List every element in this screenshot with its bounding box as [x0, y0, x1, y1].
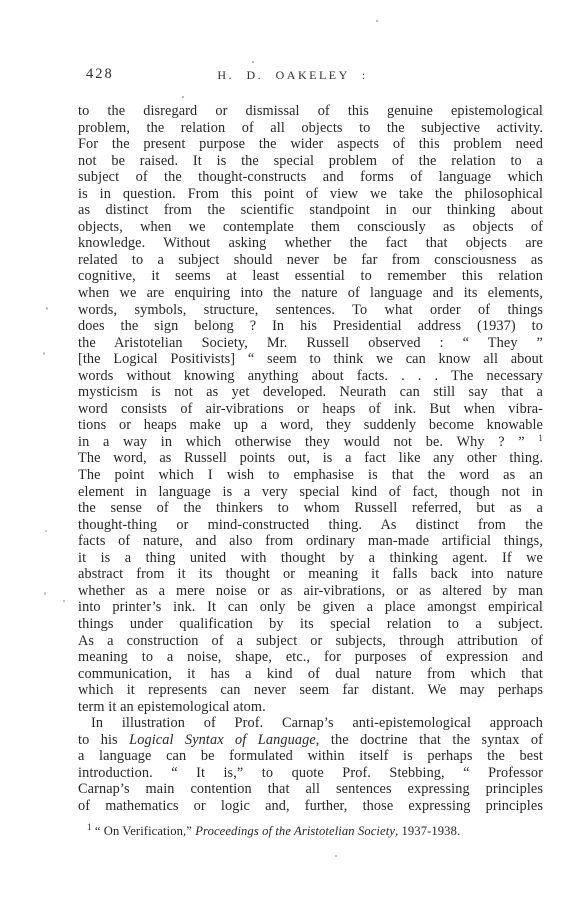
text-line: tions or heaps make up a word, they sudd… — [78, 417, 543, 434]
text-line: which it represents can never seem far d… — [78, 682, 543, 699]
text-line: not be raised. It is the special problem… — [78, 153, 543, 170]
text-line: 1 “ On Verification,” Proceedings of the… — [78, 824, 543, 839]
text-line: thought-thing or mind-constructed thing.… — [78, 517, 543, 534]
text-line: term it an epistemological atom. — [78, 699, 543, 716]
text-segment: knowledge. Without asking whether the fa… — [78, 235, 543, 251]
text-line: a language can be formulated within itse… — [78, 748, 543, 765]
text-line: The point which I wish to emphasise is t… — [78, 467, 543, 484]
text-segment: The word, as Russell points out, is a fa… — [78, 450, 543, 466]
scanned-paper-page: 428 H. D. OAKELEY : to the disregard or … — [0, 0, 576, 923]
running-head: H. D. OAKELEY : — [60, 68, 525, 83]
text-line: does the sign belong ? In his Presidenti… — [78, 318, 543, 335]
text-segment: of mathematics or logic and, further, th… — [78, 798, 543, 814]
text-segment: As a construction of a subject or subjec… — [78, 633, 543, 649]
text-segment: [the Logical Positivists] “ seem to thin… — [78, 351, 543, 367]
text-line: words, symbols, structure, sentences. To… — [78, 302, 543, 319]
text-line: related to a subject should never be far… — [78, 252, 543, 269]
text-line: In illustration of Prof. Carnap’s anti-e… — [78, 715, 543, 732]
text-line: the Aristotelian Society, Mr. Russell ob… — [78, 335, 543, 352]
text-line: it is a thing united with thought by a t… — [78, 550, 543, 567]
text-line: into printer’s ink. It can only be given… — [78, 599, 543, 616]
text-line: words without knowing anything about fac… — [78, 368, 543, 385]
text-line: Carnap’s main contention that all senten… — [78, 781, 543, 798]
text-segment: “ On Verification,” — [92, 824, 196, 838]
text-segment: introduction. “ It is,” to quote Prof. S… — [78, 765, 543, 781]
text-segment: , the doctrine that the syntax of — [316, 732, 543, 748]
page-header: 428 H. D. OAKELEY : — [78, 66, 543, 84]
text-line: communication, it has a kind of dual nat… — [78, 666, 543, 683]
scan-speck — [376, 20, 378, 22]
text-segment: meaning to a noise, shape, etc., for pur… — [78, 649, 543, 665]
scan-speck — [252, 61, 254, 63]
text-segment: as distinct from the scientific standpoi… — [78, 202, 543, 218]
text-segment: which it represents can never seem far d… — [78, 682, 543, 698]
text-line: [the Logical Positivists] “ seem to thin… — [78, 351, 543, 368]
scan-speck — [182, 96, 184, 98]
text-segment: word consists of air-vibrations or heaps… — [78, 401, 543, 417]
scan-speck — [63, 600, 65, 602]
text-segment: words, symbols, structure, sentences. To… — [78, 302, 543, 318]
text-line: As a construction of a subject or subjec… — [78, 633, 543, 650]
text-segment: related to a subject should never be far… — [78, 252, 543, 268]
text-line: subject of the thought-constructs and fo… — [78, 169, 543, 186]
text-segment: is in question. From this point of view … — [78, 186, 543, 202]
text-segment: communication, it has a kind of dual nat… — [78, 666, 543, 682]
text-segment: tions or heaps make up a word, they sudd… — [78, 417, 543, 433]
text-segment: things under qualification by its specia… — [78, 616, 543, 632]
text-line: things under qualification by its specia… — [78, 616, 543, 633]
text-segment: in a way in which otherwise they would n… — [78, 434, 538, 450]
text-segment: the sense of the thinkers to whom Russel… — [78, 500, 543, 516]
text-segment: Logical Syntax of Language — [129, 732, 316, 748]
text-segment: a language can be formulated within itse… — [78, 748, 543, 764]
text-segment: For the present purpose the wider aspect… — [78, 136, 543, 152]
text-line: mysticism is not as yet developed. Neura… — [78, 384, 543, 401]
text-line: word consists of air-vibrations or heaps… — [78, 401, 543, 418]
text-segment: into printer’s ink. It can only be given… — [78, 599, 543, 615]
text-line: introduction. “ It is,” to quote Prof. S… — [78, 765, 543, 782]
text-segment: when we are enquiring into the nature of… — [78, 285, 543, 301]
text-line: of mathematics or logic and, further, th… — [78, 798, 543, 815]
text-line: whether as a mere noise or as air-vibrat… — [78, 583, 543, 600]
text-segment: whether as a mere noise or as air-vibrat… — [78, 583, 543, 599]
text-segment: objects, when we contemplate them consci… — [78, 219, 543, 235]
text-line: in a way in which otherwise they would n… — [78, 434, 543, 451]
text-line: the sense of the thinkers to whom Russel… — [78, 500, 543, 517]
text-segment: , 1937-1938. — [395, 824, 460, 838]
text-segment: mysticism is not as yet developed. Neura… — [78, 384, 543, 400]
scan-speck — [43, 352, 45, 355]
text-segment: facts of nature, and also from ordinary … — [78, 533, 543, 549]
paragraph: In illustration of Prof. Carnap’s anti-e… — [78, 715, 543, 814]
text-segment: subject of the thought-constructs and fo… — [78, 169, 543, 185]
text-line: abstract from it its thought or meaning … — [78, 566, 543, 583]
text-segment: element in language is a very special ki… — [78, 484, 543, 500]
body-text: to the disregard or dismissal of this ge… — [78, 103, 543, 815]
text-line: meaning to a noise, shape, etc., for pur… — [78, 649, 543, 666]
scan-speck — [44, 592, 46, 595]
text-segment: In illustration of Prof. Carnap’s anti-e… — [91, 715, 543, 731]
scan-speck — [45, 530, 47, 532]
text-segment: Proceedings of the Aristotelian Society — [195, 824, 395, 838]
text-segment: words without knowing anything about fac… — [78, 368, 543, 384]
text-line: objects, when we contemplate them consci… — [78, 219, 543, 236]
text-segment: abstract from it its thought or meaning … — [78, 566, 543, 582]
paragraph: 1 “ On Verification,” Proceedings of the… — [78, 824, 543, 839]
text-segment: it is a thing united with thought by a t… — [78, 550, 543, 566]
text-line: For the present purpose the wider aspect… — [78, 136, 543, 153]
text-segment: cognitive, it seems at least essential t… — [78, 268, 543, 284]
text-line: The word, as Russell points out, is a fa… — [78, 450, 543, 467]
text-line: problem, the relation of all objects to … — [78, 120, 543, 137]
text-line: cognitive, it seems at least essential t… — [78, 268, 543, 285]
text-segment: thought-thing or mind-constructed thing.… — [78, 517, 543, 533]
scan-speck — [335, 855, 337, 857]
text-segment: Carnap’s main contention that all senten… — [78, 781, 543, 797]
text-segment: term it an epistemological atom. — [78, 699, 266, 715]
footnote-text: 1 “ On Verification,” Proceedings of the… — [78, 824, 543, 839]
text-line: element in language is a very special ki… — [78, 484, 543, 501]
text-segment: to the disregard or dismissal of this ge… — [78, 103, 543, 119]
text-line: to the disregard or dismissal of this ge… — [78, 103, 543, 120]
text-segment: problem, the relation of all objects to … — [78, 120, 543, 136]
text-line: when we are enquiring into the nature of… — [78, 285, 543, 302]
text-line: facts of nature, and also from ordinary … — [78, 533, 543, 550]
text-line: is in question. From this point of view … — [78, 186, 543, 203]
text-segment: to his — [78, 732, 129, 748]
text-segment: The point which I wish to emphasise is t… — [78, 467, 543, 483]
text-segment: not be raised. It is the special problem… — [78, 153, 543, 169]
scan-speck — [46, 307, 48, 310]
text-line: to his Logical Syntax of Language, the d… — [78, 732, 543, 749]
footnote-reference: 1 — [538, 433, 543, 443]
text-line: knowledge. Without asking whether the fa… — [78, 235, 543, 252]
paragraph: to the disregard or dismissal of this ge… — [78, 103, 543, 715]
text-segment: does the sign belong ? In his Presidenti… — [78, 318, 543, 334]
text-line: as distinct from the scientific standpoi… — [78, 202, 543, 219]
text-segment: the Aristotelian Society, Mr. Russell ob… — [78, 335, 543, 351]
